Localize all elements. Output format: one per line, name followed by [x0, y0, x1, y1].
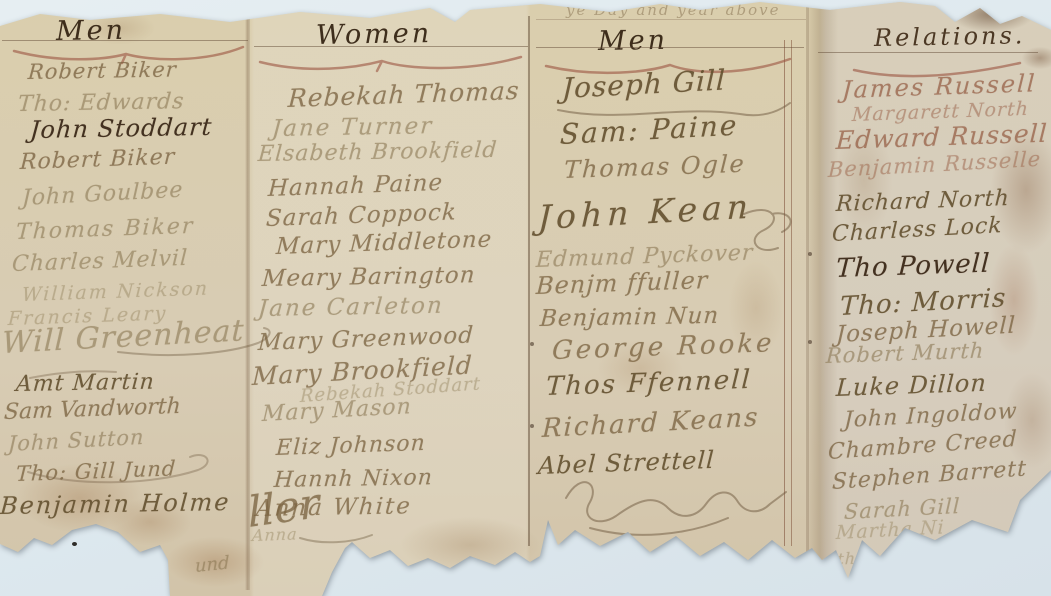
signature: Sarah Coppock: [265, 199, 457, 232]
title-rule: [536, 19, 806, 20]
signature: John Kean: [537, 187, 753, 237]
signature: Hannah Paine: [267, 170, 443, 202]
signature: Jane Turner: [271, 113, 434, 142]
signature: Anna: [252, 524, 299, 545]
signature: Richard Keans: [541, 403, 760, 444]
signature: John Stoddart: [29, 113, 213, 144]
signature: Anna White: [255, 493, 413, 522]
header-rule: [818, 52, 1038, 53]
signature: Hannh Nixon: [273, 465, 434, 493]
debris-speck: [72, 542, 77, 546]
signature: John Goulbee: [22, 178, 184, 212]
double-ink-rule: [784, 40, 792, 546]
signature: Luke Dillon: [835, 369, 987, 402]
signature: Thomas Biker: [15, 214, 195, 245]
header-rule: [536, 47, 804, 48]
signature: und: [195, 552, 230, 577]
signature: Benjm ffuller: [535, 266, 709, 300]
stitch-hole: [808, 252, 812, 256]
signature: Sam Vandworth: [3, 394, 181, 425]
signature: Robert Biker: [27, 57, 177, 84]
manuscript-paper: ye Day and year above Men Women Men Rela…: [0, 0, 1051, 596]
signature: Sam: Paine: [559, 109, 739, 151]
fold-seam: [528, 16, 530, 546]
signature: Amt Martin: [15, 370, 156, 397]
stitch-hole: [808, 340, 812, 344]
signature: Mary Mason: [262, 394, 413, 427]
signature: William Nickson: [21, 277, 209, 306]
signature: tthe: [830, 548, 867, 569]
signature: Tho: Gill Jund: [15, 456, 177, 486]
fold-seam: [806, 0, 809, 560]
signature: Martha Ni: [836, 516, 945, 544]
signature: Benjamin Holme: [0, 488, 232, 520]
paper-shadow-wrap: ye Day and year above Men Women Men Rela…: [0, 0, 1051, 596]
signature: Elsabeth Brookfield: [257, 138, 498, 167]
header-rule: [254, 46, 528, 47]
signature: Mary Middletone: [275, 226, 493, 260]
signature: John Sutton: [8, 425, 145, 456]
signature: Joseph Gill: [561, 63, 726, 105]
signature: Abel Strettell: [537, 446, 715, 480]
signature: Robert Biker: [19, 145, 176, 175]
signature: Charles Melvil: [11, 246, 188, 277]
signature: Thos Ffennell: [545, 365, 752, 402]
stitch-hole: [530, 342, 534, 346]
signature: Robert Murth: [825, 338, 985, 368]
signature: Jane Carleton: [257, 293, 445, 322]
column-header-relations: Relations.: [874, 21, 1026, 52]
signature: Benjamin Nun: [539, 303, 720, 332]
column-header-men-left: Men: [56, 15, 127, 47]
column-header-men-right: Men: [598, 25, 669, 57]
signature: Thomas Ogle: [563, 150, 746, 184]
signature: Tho Powell: [835, 249, 991, 284]
signature: Richard North: [835, 186, 1010, 217]
top-caption: ye Day and year above: [566, 1, 780, 19]
scanned-manuscript: ye Day and year above Men Women Men Rela…: [0, 0, 1051, 596]
header-rule: [2, 40, 248, 41]
signature: Eliz Johnson: [275, 431, 426, 461]
signature: George Rooke: [551, 328, 775, 366]
signature: Charless Lock: [832, 213, 1003, 247]
signature: Meary Barington: [261, 262, 476, 292]
signature: Rebekah Thomas: [287, 76, 520, 113]
stitch-hole: [530, 424, 534, 428]
